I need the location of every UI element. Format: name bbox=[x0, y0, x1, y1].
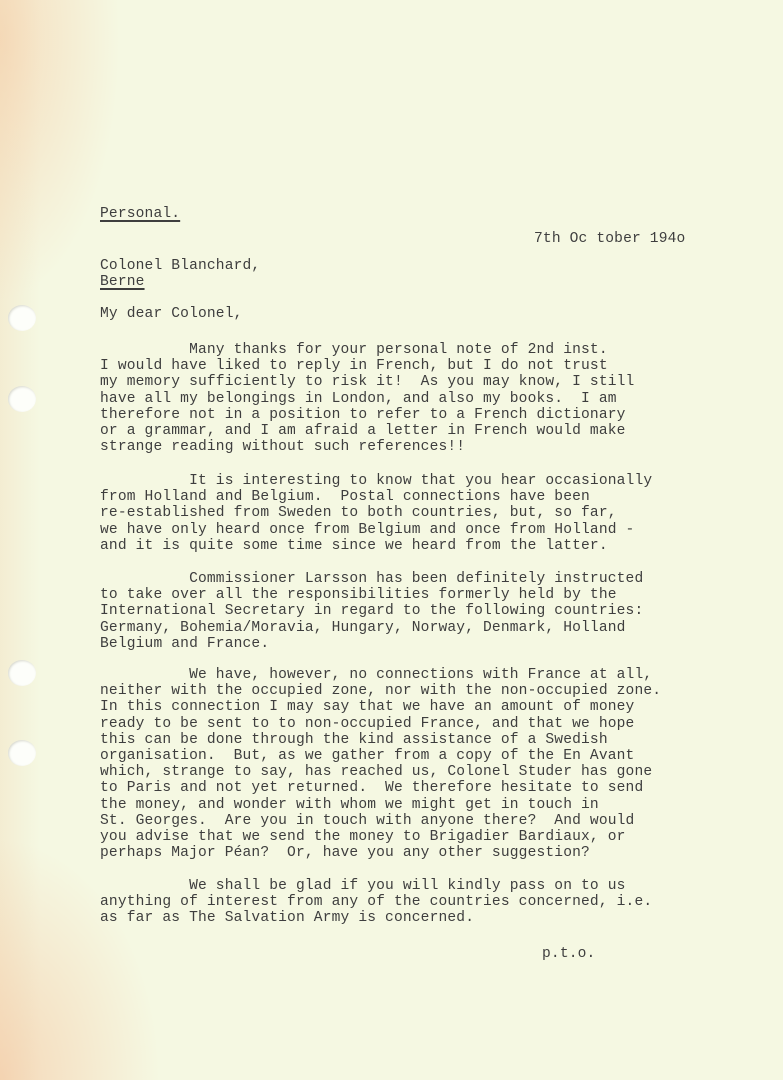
paragraph-postal-connections: It is interesting to know that you hear … bbox=[100, 473, 652, 554]
pto-footer: p.t.o. bbox=[542, 946, 595, 962]
paragraph-commissioner-larsson: Commissioner Larsson has been definitely… bbox=[100, 571, 643, 652]
paragraph-line: this can be done through the kind assist… bbox=[100, 732, 661, 748]
paragraph-line: from Holland and Belgium. Postal connect… bbox=[100, 489, 652, 505]
letter-date: 7th Oc tober 194o bbox=[534, 231, 685, 247]
recipient-name: Colonel Blanchard, bbox=[100, 258, 260, 274]
paragraph-line: which, strange to say, has reached us, C… bbox=[100, 764, 661, 780]
paragraph-line: and it is quite some time since we heard… bbox=[100, 538, 652, 554]
paragraph-line: International Secretary in regard to the… bbox=[100, 603, 643, 619]
paragraph-line: or a grammar, and I am afraid a letter i… bbox=[100, 423, 634, 439]
letter-page: Personal. 7th Oc tober 194o Colonel Blan… bbox=[0, 0, 783, 1080]
paragraph-line: ready to be sent to to non-occupied Fran… bbox=[100, 716, 661, 732]
salutation: My dear Colonel, bbox=[100, 306, 243, 322]
paragraph-thanks: Many thanks for your personal note of 2n… bbox=[100, 342, 634, 455]
paragraph-line: St. Georges. Are you in touch with anyon… bbox=[100, 813, 661, 829]
paragraph-line: Many thanks for your personal note of 2n… bbox=[100, 342, 634, 358]
paragraph-line: I would have liked to reply in French, b… bbox=[100, 358, 634, 374]
paragraph-line: my memory sufficiently to risk it! As yo… bbox=[100, 374, 634, 390]
paragraph-line: organisation. But, as we gather from a c… bbox=[100, 748, 661, 764]
paragraph-line: as far as The Salvation Army is concerne… bbox=[100, 910, 652, 926]
punch-hole bbox=[8, 740, 36, 766]
paragraph-france-money: We have, however, no connections with Fr… bbox=[100, 667, 661, 861]
paragraph-line: We shall be glad if you will kindly pass… bbox=[100, 878, 652, 894]
paragraph-line: therefore not in a position to refer to … bbox=[100, 407, 634, 423]
paragraph-line: to take over all the responsibilities fo… bbox=[100, 587, 643, 603]
paragraph-line: Commissioner Larsson has been definitely… bbox=[100, 571, 643, 587]
paragraph-line: In this connection I may say that we hav… bbox=[100, 699, 661, 715]
punch-hole bbox=[8, 305, 36, 331]
paragraph-line: strange reading without such references!… bbox=[100, 439, 634, 455]
paragraph-line: anything of interest from any of the cou… bbox=[100, 894, 652, 910]
paragraph-line: re-established from Sweden to both count… bbox=[100, 505, 652, 521]
marking-personal: Personal. bbox=[100, 206, 180, 222]
paragraph-line: the money, and wonder with whom we might… bbox=[100, 797, 661, 813]
recipient-place: Berne bbox=[100, 274, 145, 290]
paragraph-line: We have, however, no connections with Fr… bbox=[100, 667, 661, 683]
paragraph-line: Germany, Bohemia/Moravia, Hungary, Norwa… bbox=[100, 620, 643, 636]
paragraph-line: to Paris and not yet returned. We theref… bbox=[100, 780, 661, 796]
paragraph-line: neither with the occupied zone, nor with… bbox=[100, 683, 661, 699]
paragraph-line: perhaps Major Péan? Or, have you any oth… bbox=[100, 845, 661, 861]
paragraph-line: you advise that we send the money to Bri… bbox=[100, 829, 661, 845]
punch-hole bbox=[8, 660, 36, 686]
paragraph-line: It is interesting to know that you hear … bbox=[100, 473, 652, 489]
paragraph-line: have all my belongings in London, and al… bbox=[100, 391, 634, 407]
paragraph-line: Belgium and France. bbox=[100, 636, 643, 652]
paragraph-closing-request: We shall be glad if you will kindly pass… bbox=[100, 878, 652, 927]
punch-hole bbox=[8, 386, 36, 412]
paragraph-line: we have only heard once from Belgium and… bbox=[100, 522, 652, 538]
